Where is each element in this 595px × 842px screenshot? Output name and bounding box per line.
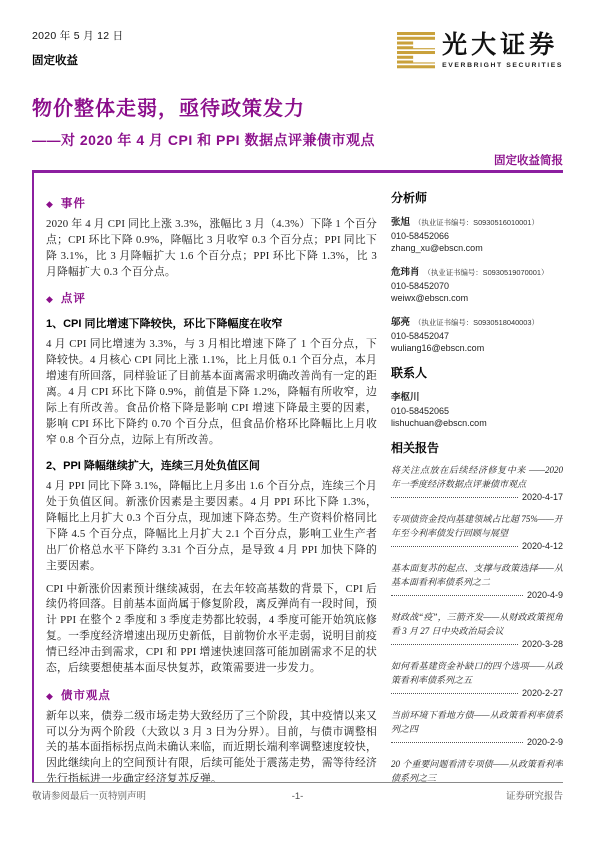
analyst-email: weiwx@ebscn.com <box>391 293 563 303</box>
report-date: 2020-2-9 <box>527 737 563 747</box>
analyst-phone: 010-58452047 <box>391 331 563 341</box>
report-title: 财政战“疫”，三箭齐发——从财政政策视角看 3 月 27 日中央政治局会议 <box>391 611 563 638</box>
report-title: 20 个重要问题看清专项债——从政策看利率债系列之三 <box>391 758 563 782</box>
content: ◆ 事件 2020 年 4 月 CPI 同比上涨 3.3%，涨幅比 3 月（4.… <box>32 173 563 782</box>
event-paragraph: 2020 年 4 月 CPI 同比上涨 3.3%，涨幅比 3 月（4.3%）下降… <box>46 217 377 280</box>
related-reports-list: 将关注点放在后续经济修复中来 ——2020 年一季度经济数据点评兼债市观点 20… <box>391 464 563 782</box>
analyst-card: 邬亮 （执业证书编号：S0930518040003） 010-58452047 … <box>391 314 563 353</box>
footer-page-number: -1- <box>209 791 386 802</box>
report-category: 固定收益 <box>32 52 123 68</box>
analyst-cert: （执业证书编号：S0930518040003） <box>414 317 539 328</box>
report-date: 2020 年 5 月 12 日 <box>32 28 123 43</box>
contact-card: 李枢川 010-58452065 lishuchuan@ebscn.com <box>391 389 563 428</box>
analyst-name: 张旭 <box>391 214 410 228</box>
analyst-phone: 010-58452070 <box>391 281 563 291</box>
main-column: ◆ 事件 2020 年 4 月 CPI 同比上涨 3.3%，涨幅比 3 月（4.… <box>46 173 377 782</box>
sidebar: 分析师 张旭 （执业证书编号：S0930516010001） 010-58452… <box>391 173 563 782</box>
dotted-leader <box>391 595 523 596</box>
footer-report-type: 证券研究报告 <box>386 788 563 802</box>
logo-name-cn: 光大证券 <box>442 32 563 60</box>
report-title: 将关注点放在后续经济修复中来 ——2020 年一季度经济数据点评兼债市观点 <box>391 464 563 491</box>
contact-name: 李枢川 <box>391 389 420 403</box>
section-title-bond-view: 债市观点 <box>61 687 111 703</box>
page-title: 物价整体走弱，亟待政策发力 <box>32 92 563 121</box>
footer-disclaimer: 敬请参阅最后一页特别声明 <box>32 788 209 802</box>
analyst-phone: 010-58452066 <box>391 231 563 241</box>
dotted-leader <box>391 497 518 498</box>
header: 2020 年 5 月 12 日 固定收益 <box>32 28 563 75</box>
report-date: 2020-4-12 <box>522 541 563 551</box>
dotted-leader <box>391 693 518 694</box>
report-item: 20 个重要问题看清专项债——从政策看利率债系列之三 2020-1-14 <box>391 758 563 782</box>
diamond-icon: ◆ <box>46 294 53 305</box>
analyst-name: 邬亮 <box>391 314 410 328</box>
section-comment: ◆ 点评 <box>46 290 377 306</box>
report-date: 2020-4-17 <box>522 492 563 502</box>
contact-email: lishuchuan@ebscn.com <box>391 418 563 428</box>
brand-logo: 光大证券 EVERBRIGHT SECURITIES <box>397 32 563 75</box>
section-title-comment: 点评 <box>61 290 86 306</box>
comment-sub1-title: 1、CPI 同比增速下降较快，环比下降幅度在收窄 <box>46 315 377 331</box>
report-page: 2020 年 5 月 12 日 固定收益 <box>0 0 595 842</box>
section-event: ◆ 事件 <box>46 195 377 211</box>
diamond-icon: ◆ <box>46 199 53 210</box>
bond-view-paragraph: 新年以来，债券二级市场走势大致经历了三个阶段，其中疫情以来又可以分为两个阶段（大… <box>46 709 377 782</box>
report-type-label: 固定收益简报 <box>32 152 563 168</box>
page-subtitle: ——对 2020 年 4 月 CPI 和 PPI 数据点评兼债市观点 <box>32 130 563 150</box>
header-left: 2020 年 5 月 12 日 固定收益 <box>32 28 123 68</box>
logo-text: 光大证券 EVERBRIGHT SECURITIES <box>442 32 563 69</box>
report-date: 2020-3-28 <box>522 639 563 649</box>
report-item: 如何看基建资金补缺口的四个选项——从政策看利率债系列之五 2020-2-27 <box>391 660 563 698</box>
analyst-cert: （执业证书编号：S0930519070001） <box>424 267 549 278</box>
contact-heading: 联系人 <box>391 364 563 381</box>
report-item: 专项债资金投向基建领域占比超 75%——开年至今利率债发行回顾与展望 2020-… <box>391 513 563 551</box>
report-title: 当前环境下看地方债——从政策看利率债系列之四 <box>391 709 563 736</box>
report-item: 基本面复苏的起点、支撑与政策选择——从基本面看利率债系列之二 2020-4-9 <box>391 562 563 600</box>
report-date: 2020-2-27 <box>522 688 563 698</box>
comment-sub2-paragraph: 4 月 PPI 同比下降 3.1%，降幅比上月多出 1.6 个百分点，连续三个月… <box>46 479 377 574</box>
analyst-email: wuliang16@ebscn.com <box>391 343 563 353</box>
comment-outlook-paragraph: CPI 中新涨价因素预计继续减弱，在去年较高基数的背景下，CPI 后续仍将回落。… <box>46 582 377 677</box>
analyst-card: 张旭 （执业证书编号：S0930516010001） 010-58452066 … <box>391 214 563 253</box>
section-title-event: 事件 <box>61 195 86 211</box>
report-title: 基本面复苏的起点、支撑与政策选择——从基本面看利率债系列之二 <box>391 562 563 589</box>
section-bond-view: ◆ 债市观点 <box>46 687 377 703</box>
report-item: 财政战“疫”，三箭齐发——从财政政策视角看 3 月 27 日中央政治局会议 20… <box>391 611 563 649</box>
everbright-logo-icon <box>397 32 435 75</box>
comment-sub1-paragraph: 4 月 CPI 同比增速为 3.3%，与 3 月相比增速下降了 1 个百分点，下… <box>46 337 377 448</box>
contact-phone: 010-58452065 <box>391 406 563 416</box>
analyst-card: 危玮肖 （执业证书编号：S0930519070001） 010-58452070… <box>391 264 563 303</box>
report-item: 将关注点放在后续经济修复中来 ——2020 年一季度经济数据点评兼债市观点 20… <box>391 464 563 502</box>
analysts-heading: 分析师 <box>391 189 563 206</box>
report-item: 当前环境下看地方债——从政策看利率债系列之四 2020-2-9 <box>391 709 563 747</box>
report-date: 2020-4-9 <box>527 590 563 600</box>
analyst-email: zhang_xu@ebscn.com <box>391 243 563 253</box>
logo-name-en: EVERBRIGHT SECURITIES <box>442 62 563 69</box>
related-reports-heading: 相关报告 <box>391 439 563 456</box>
page-footer: 敬请参阅最后一页特别声明 -1- 证券研究报告 <box>32 782 563 802</box>
diamond-icon: ◆ <box>46 691 53 702</box>
analyst-cert: （执业证书编号：S0930516010001） <box>414 217 539 228</box>
comment-sub2-title: 2、PPI 降幅继续扩大，连续三月处负值区间 <box>46 457 377 473</box>
analyst-name: 危玮肖 <box>391 264 420 278</box>
dotted-leader <box>391 546 518 547</box>
report-title: 专项债资金投向基建领域占比超 75%——开年至今利率债发行回顾与展望 <box>391 513 563 540</box>
report-title: 如何看基建资金补缺口的四个选项——从政策看利率债系列之五 <box>391 660 563 687</box>
dotted-leader <box>391 644 518 645</box>
dotted-leader <box>391 742 523 743</box>
